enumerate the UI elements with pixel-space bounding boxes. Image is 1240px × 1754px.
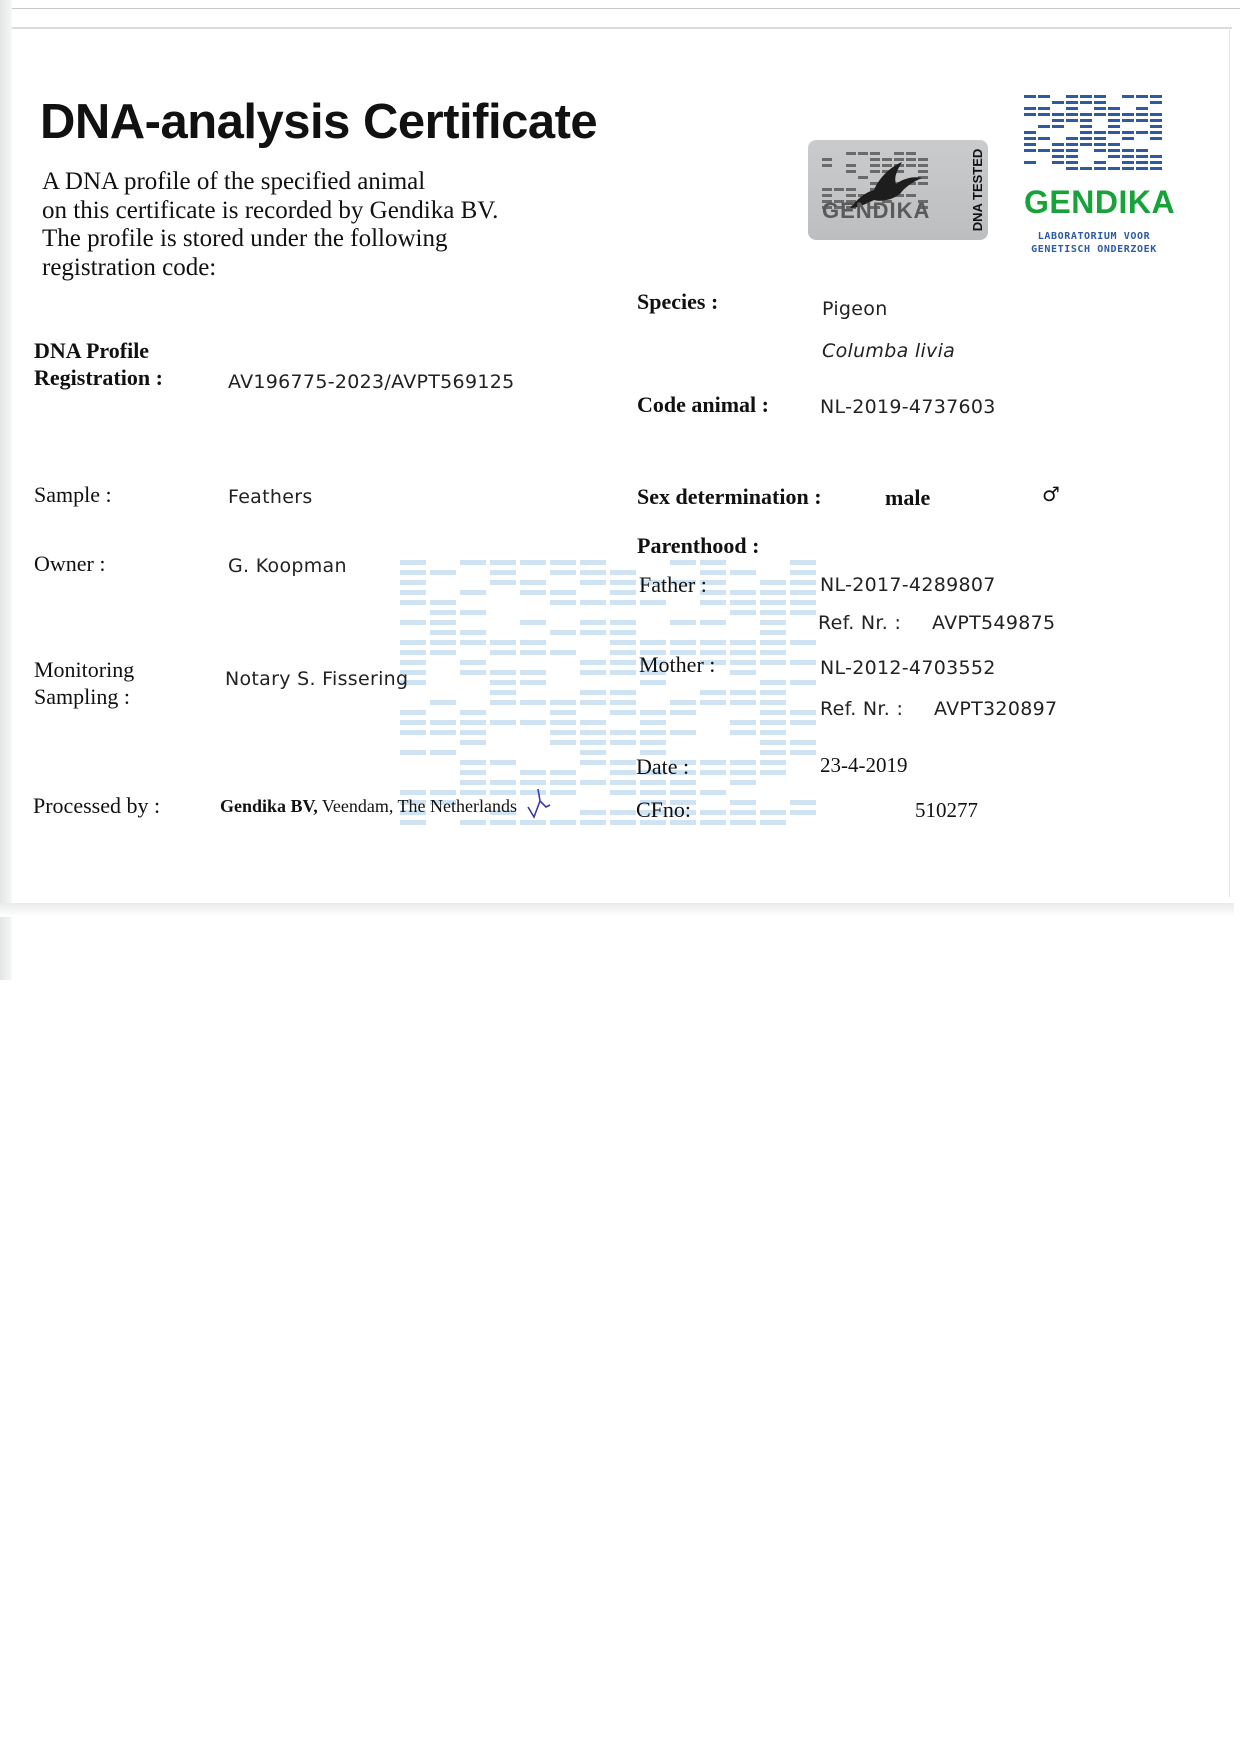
signature-mark-icon bbox=[526, 787, 554, 821]
monitoring-label-line: Monitoring bbox=[34, 656, 134, 683]
certificate-bottom-edge bbox=[0, 903, 1234, 917]
logo-name: GENDIKA bbox=[1024, 184, 1164, 221]
code-animal-value: NL-2019-4737603 bbox=[820, 396, 996, 418]
species-common-value: Pigeon bbox=[822, 298, 888, 320]
registration-label-line: DNA Profile bbox=[34, 337, 163, 364]
mother-ref-label: Ref. Nr. : bbox=[820, 698, 903, 720]
registration-label-line: Registration : bbox=[34, 364, 163, 391]
scan-edge-left bbox=[0, 0, 12, 980]
intro-line: A DNA profile of the specified animal bbox=[42, 168, 498, 197]
monitoring-label-line: Sampling : bbox=[34, 683, 134, 710]
cfno-label: CFno: bbox=[636, 796, 691, 823]
registration-value: AV196775-2023/AVPT569125 bbox=[228, 371, 515, 393]
sex-label: Sex determination : bbox=[637, 483, 822, 510]
processed-by-location: Veendam, The Netherlands bbox=[318, 796, 517, 816]
sample-label: Sample : bbox=[34, 481, 112, 508]
sex-value: male bbox=[885, 484, 930, 511]
logo-subtitle-line: GENETISCH ONDERZOEK bbox=[1018, 243, 1170, 256]
code-animal-label: Code animal : bbox=[637, 391, 769, 418]
species-latin-value: Columba livia bbox=[822, 340, 955, 362]
sample-value: Feathers bbox=[228, 486, 313, 508]
processed-by-value: Gendika BV, Veendam, The Netherlands bbox=[220, 796, 517, 817]
father-ref-label: Ref. Nr. : bbox=[818, 612, 901, 634]
mother-code: NL-2012-4703552 bbox=[820, 657, 996, 679]
page-title: DNA-analysis Certificate bbox=[40, 94, 597, 150]
processed-by-company: Gendika BV, bbox=[220, 796, 318, 816]
father-ref-value: AVPT549875 bbox=[932, 612, 1055, 634]
father-code: NL-2017-4289807 bbox=[820, 574, 996, 596]
scan-edge-top bbox=[0, 8, 1240, 9]
mother-ref-value: AVPT320897 bbox=[934, 698, 1057, 720]
gendika-logo-icon bbox=[1024, 95, 1164, 175]
badge-side-text: DNA TESTED bbox=[971, 149, 986, 232]
intro-line: The profile is stored under the followin… bbox=[42, 225, 498, 254]
logo-subtitle-line: LABORATORIUM VOOR bbox=[1018, 230, 1170, 243]
mother-label: Mother : bbox=[639, 651, 715, 678]
gendika-watermark-icon bbox=[400, 560, 820, 830]
owner-value: G. Koopman bbox=[228, 555, 347, 577]
date-value: 23-4-2019 bbox=[820, 753, 908, 778]
male-symbol-icon: ♂ bbox=[1042, 482, 1060, 506]
processed-by-label: Processed by : bbox=[33, 792, 160, 819]
logo-subtitle: LABORATORIUM VOOR GENETISCH ONDERZOEK bbox=[1018, 230, 1170, 256]
intro-line: on this certificate is recorded by Gendi… bbox=[42, 197, 498, 226]
scan-edge-top-inner bbox=[10, 27, 1232, 29]
badge-brand: GENDIKA bbox=[822, 198, 930, 224]
monitoring-value: Notary S. Fissering bbox=[225, 668, 408, 690]
cfno-value: 510277 bbox=[915, 798, 978, 823]
registration-label: DNA Profile Registration : bbox=[34, 337, 163, 391]
species-label: Species : bbox=[637, 288, 718, 315]
dna-tested-badge: GENDIKA DNA TESTED bbox=[808, 140, 988, 240]
intro-line: registration code: bbox=[42, 254, 498, 283]
father-label: Father : bbox=[639, 571, 707, 598]
date-label: Date : bbox=[636, 753, 689, 780]
scan-edge-right bbox=[1229, 27, 1230, 897]
parenthood-label: Parenthood : bbox=[637, 532, 759, 559]
intro-text: A DNA profile of the specified animal on… bbox=[42, 168, 498, 282]
monitoring-label: Monitoring Sampling : bbox=[34, 656, 134, 710]
owner-label: Owner : bbox=[34, 550, 105, 577]
